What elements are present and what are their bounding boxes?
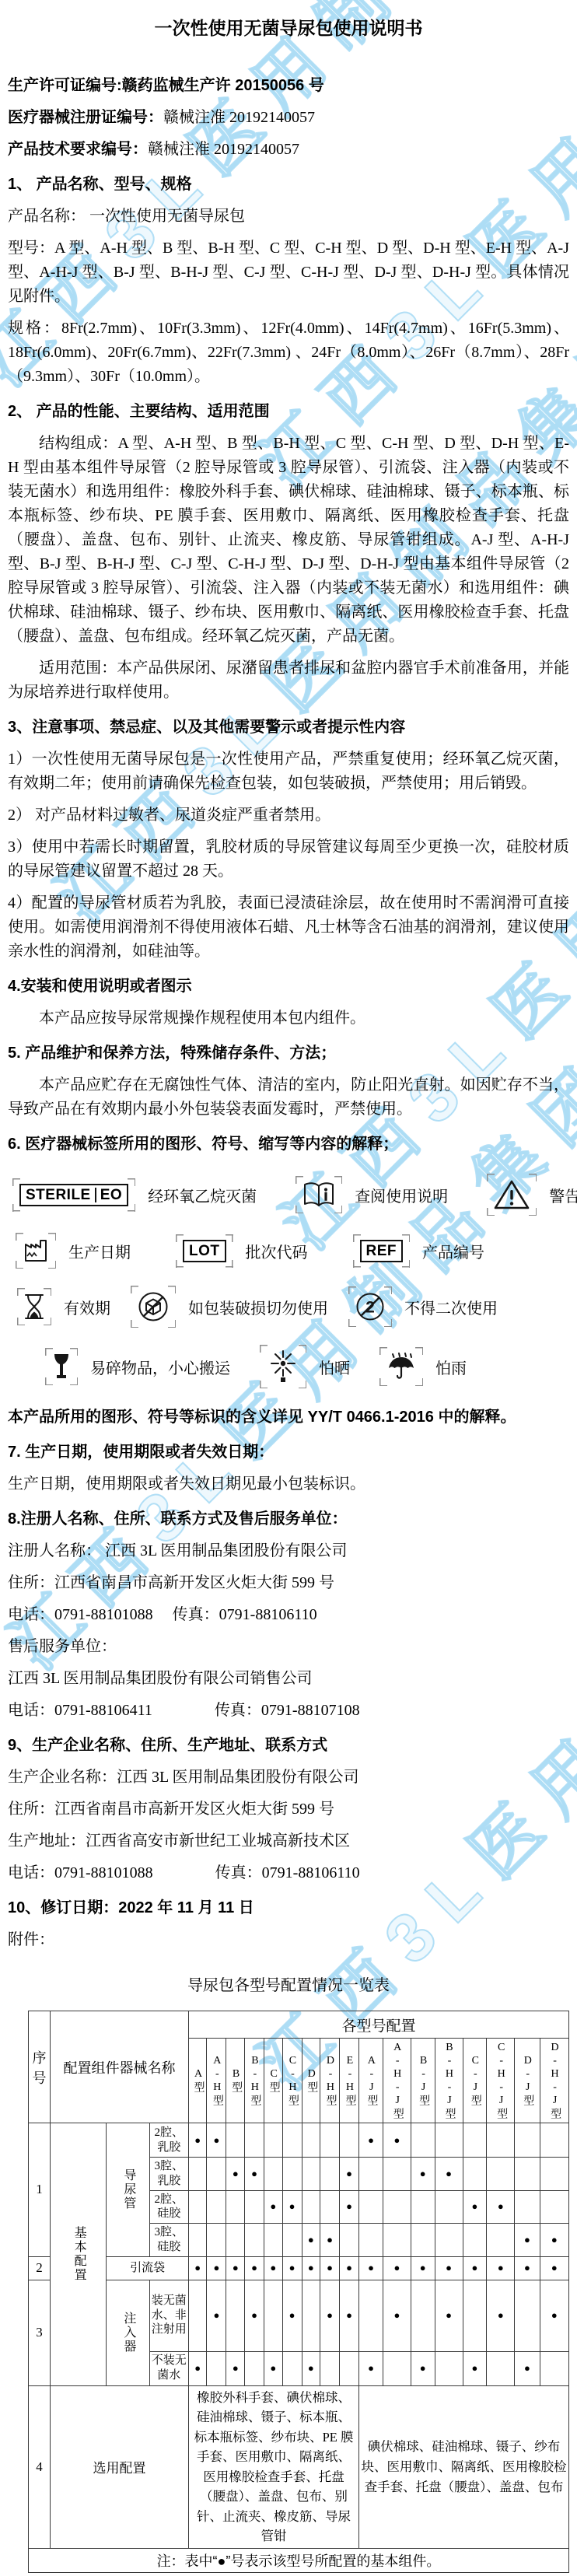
sub-label-cell: 装无菌水、非注射用 bbox=[149, 2280, 188, 2351]
sales-phone-fax: 电话：0791-88106411 传真：0791-88107108 bbox=[8, 1699, 569, 1723]
production-license-no: 生产许可证编号:赣药监械生产许 20150056 号 bbox=[8, 74, 569, 98]
table-body: 1基本配置导尿管2腔、乳胶●●●●3腔、乳胶●●●●●2腔、硅胶●●●●●3腔、… bbox=[29, 2123, 569, 2573]
dot-cell: ● bbox=[340, 2280, 359, 2351]
sterile-eo-icon-glyph: STERILEEO bbox=[19, 1184, 128, 1206]
col-header-model: B-H-J型 bbox=[435, 2039, 463, 2123]
damaged-package-icon bbox=[131, 1286, 176, 1328]
registrant-name: 注册人名称： 江西 3L 医用制品集团股份有限公司 bbox=[8, 1539, 569, 1563]
dot-cell: ● bbox=[540, 2256, 568, 2280]
seq-cell: 1 bbox=[29, 2123, 51, 2257]
dot-cell bbox=[435, 2190, 463, 2224]
dot-cell: ● bbox=[359, 2123, 383, 2158]
config-table: 序号配置组件器械名称各型号配置A型A-H型B型B-H型C型C-H型D型D-H型E… bbox=[28, 2011, 569, 2573]
dot-cell: ● bbox=[264, 2190, 283, 2224]
dot-cell bbox=[264, 2123, 283, 2158]
dot-cell bbox=[487, 2158, 515, 2191]
warning-icon-glyph bbox=[494, 1179, 530, 1210]
dot-cell: ● bbox=[515, 2256, 540, 2280]
note-2: 2） 对产品材料过敏者、尿道炎症严重者禁用。 bbox=[8, 803, 569, 828]
dot-cell: ● bbox=[264, 2256, 283, 2280]
registrant-address: 住所：江西省南昌市高新开发区火炬大街 599 号 bbox=[8, 1571, 569, 1595]
dot-cell bbox=[264, 2158, 283, 2191]
dot-cell bbox=[282, 2224, 302, 2257]
dot-cell: ● bbox=[463, 2351, 487, 2385]
manufacturer-name: 生产企业名称：江西 3L 医用制品集团股份有限公司 bbox=[8, 1766, 569, 1790]
seq-cell: 4 bbox=[29, 2385, 51, 2549]
symbol-label: 如包装破损切勿使用 bbox=[188, 1296, 328, 1318]
symbol-item: 有效期 bbox=[17, 1288, 110, 1325]
col-header-model: A-J型 bbox=[359, 2039, 383, 2123]
document-body-part1: 生产许可证编号:赣药监械生产许 20150056 号医疗器械注册证编号：赣械注准… bbox=[8, 74, 569, 1157]
symbol-label: 怕雨 bbox=[435, 1356, 467, 1378]
dot-cell bbox=[282, 2351, 302, 2385]
symbol-item: 警告 bbox=[487, 1174, 577, 1216]
dot-cell bbox=[340, 2351, 359, 2385]
group-injector: 注入器 bbox=[107, 2280, 149, 2385]
manufacture-date-icon bbox=[16, 1233, 56, 1269]
table-row-optional: 4选用配置橡胶外科手套、碘伏棉球、硅油棉球、镊子、标本瓶、标本瓶标签、纱布块、P… bbox=[29, 2385, 569, 2549]
dot-cell bbox=[302, 2280, 320, 2351]
seq-cell: 2 bbox=[29, 2256, 51, 2280]
dot-cell: ● bbox=[320, 2280, 340, 2351]
registration-cert-no: 医疗器械注册证编号：赣械注准 20192140057 bbox=[8, 106, 569, 130]
col-header-model: D-J型 bbox=[515, 2039, 540, 2123]
dot-cell bbox=[411, 2123, 435, 2158]
dot-cell: ● bbox=[340, 2158, 359, 2191]
dot-cell: ● bbox=[282, 2256, 302, 2280]
after-sales-label: 售后服务单位： bbox=[8, 1635, 569, 1659]
col-header-model: B-J型 bbox=[411, 2039, 435, 2123]
col-header-config-group: 各型号配置 bbox=[188, 2011, 568, 2039]
dot-cell: ● bbox=[435, 2256, 463, 2280]
sterile-eo-icon: STERILEEO bbox=[12, 1178, 135, 1212]
attachment-label: 附件： bbox=[8, 1928, 569, 1952]
dot-cell bbox=[515, 2158, 540, 2191]
dot-cell bbox=[302, 2158, 320, 2191]
ref-icon-glyph: REF bbox=[360, 1240, 404, 1262]
col-header-model: A-H型 bbox=[207, 2039, 226, 2123]
dot-cell bbox=[435, 2123, 463, 2158]
dot-cell bbox=[245, 2224, 264, 2257]
col-header-model: D型 bbox=[302, 2039, 320, 2123]
dot-cell: ● bbox=[207, 2256, 226, 2280]
dot-cell: ● bbox=[435, 2158, 463, 2191]
note-3: 3）使用中若需长时期留置，乳胶材质的导尿管建议每周至少更换一次，硅胶材质的导尿管… bbox=[8, 835, 569, 884]
dot-cell bbox=[463, 2280, 487, 2351]
dot-cell bbox=[226, 2280, 245, 2351]
seq-cell: 3 bbox=[29, 2280, 51, 2385]
sec10-heading: 10、修订日期：2022 年 11 月 11 日 bbox=[8, 1896, 569, 1920]
dot-cell: ● bbox=[245, 2256, 264, 2280]
dot-cell bbox=[207, 2224, 226, 2257]
dot-cell bbox=[359, 2224, 383, 2257]
sub-label-cell: 不装无菌水 bbox=[149, 2351, 188, 2385]
keep-from-sunlight-icon bbox=[260, 1345, 306, 1388]
dot-cell bbox=[264, 2224, 283, 2257]
symbols-grid: STERILEEO经环氧乙烷灭菌查阅使用说明警告生产日期LOT批次代码REF产品… bbox=[8, 1174, 569, 1388]
dot-cell bbox=[359, 2190, 383, 2224]
optional-items-non-j: 橡胶外科手套、碘伏棉球、硅油棉球、镊子、标本瓶、标本瓶标签、纱布块、PE 膜手套… bbox=[188, 2385, 358, 2549]
dot-cell bbox=[463, 2224, 487, 2257]
manufacturer-address: 住所：江西省南昌市高新开发区火炬大街 599 号 bbox=[8, 1797, 569, 1822]
col-header-model: D-H-J型 bbox=[540, 2039, 568, 2123]
dot-cell: ● bbox=[411, 2351, 435, 2385]
dot-cell bbox=[515, 2123, 540, 2158]
dot-cell bbox=[435, 2224, 463, 2257]
dot-cell: ● bbox=[463, 2256, 487, 2280]
symbol-item: 如包装破损切勿使用 bbox=[131, 1286, 328, 1328]
dot-cell bbox=[245, 2351, 264, 2385]
document-body-part2: 本产品所用的图形、符号等标识的含义详见 YY/T 0466.1-2016 中的解… bbox=[8, 1405, 569, 1952]
keep-from-sunlight-icon-glyph bbox=[267, 1350, 299, 1383]
symbol-row-1: STERILEEO经环氧乙烷灭菌查阅使用说明警告 bbox=[8, 1174, 569, 1216]
symbol-label: 产品编号 bbox=[422, 1240, 484, 1262]
symbol-row-2: 生产日期LOT批次代码REF产品编号 bbox=[8, 1233, 569, 1269]
col-header-model: E-H型 bbox=[340, 2039, 359, 2123]
dot-cell: ● bbox=[188, 2351, 207, 2385]
dot-cell: ● bbox=[540, 2224, 568, 2257]
dot-cell bbox=[359, 2280, 383, 2351]
col-header-model: B型 bbox=[226, 2039, 245, 2123]
symbol-item: 怕雨 bbox=[379, 1347, 467, 1386]
dot-cell: ● bbox=[340, 2190, 359, 2224]
dot-cell bbox=[245, 2190, 264, 2224]
instruction-document-page: 江西3L医用制品集团股份有限公司江西3L医用制品集团股份有限公司江西3L医用制品… bbox=[0, 0, 577, 2576]
consult-instructions-icon bbox=[295, 1176, 342, 1213]
dot-cell bbox=[383, 2351, 411, 2385]
dot-cell bbox=[340, 2123, 359, 2158]
table-note-cell: 注：表中“●”号表示该型号所配置的基本组件。 bbox=[29, 2549, 569, 2573]
dot-cell bbox=[435, 2351, 463, 2385]
dot-cell: ● bbox=[207, 2280, 226, 2351]
group-drainage-bag: 引流袋 bbox=[107, 2256, 189, 2280]
page-title: 一次性使用无菌导尿包使用说明书 bbox=[8, 14, 569, 40]
optional-items-j: 碘伏棉球、硅油棉球、镊子、纱布块、医用敷巾、隔离纸、医用橡胶检查手套、托盘（腰盘… bbox=[359, 2385, 569, 2549]
dot-cell bbox=[282, 2158, 302, 2191]
production-address: 生产地址：江西省高安市新世纪工业城高新技术区 bbox=[8, 1829, 569, 1853]
dot-cell: ● bbox=[487, 2280, 515, 2351]
lot-icon: LOT bbox=[176, 1234, 233, 1268]
structure-para: 结构组成：A 型、A-H 型、B 型、B-H 型、C 型、C-H 型、D 型、D… bbox=[8, 432, 569, 649]
group-catheter: 导尿管 bbox=[107, 2123, 149, 2257]
sec1-heading: 1、 产品名称、型号、规格 bbox=[8, 173, 569, 197]
col-header-model: A-H-J型 bbox=[383, 2039, 411, 2123]
note-4: 4）配置的导尿管材质若为乳胶，表面已浸渍硅涂层，故在使用时不需润滑可直接使用。如… bbox=[8, 891, 569, 964]
dot-cell bbox=[302, 2123, 320, 2158]
no-reuse-icon-glyph: 2 bbox=[355, 1292, 385, 1321]
col-header-model: C-J型 bbox=[463, 2039, 487, 2123]
dot-cell: ● bbox=[302, 2256, 320, 2280]
dot-cell: ● bbox=[463, 2190, 487, 2224]
sub-label-cell: 3腔、乳胶 bbox=[149, 2158, 188, 2191]
symbol-label: 查阅使用说明 bbox=[355, 1184, 448, 1206]
dot-cell: ● bbox=[188, 2256, 207, 2280]
symbol-item: 2不得二次使用 bbox=[348, 1286, 498, 1327]
dot-cell bbox=[188, 2224, 207, 2257]
dot-cell bbox=[207, 2158, 226, 2191]
dot-cell bbox=[320, 2123, 340, 2158]
dot-cell bbox=[540, 2190, 568, 2224]
table-caption: 导尿包各型号配置情况一览表 bbox=[8, 1972, 569, 1995]
dot-cell: ● bbox=[226, 2256, 245, 2280]
dot-cell: ● bbox=[320, 2256, 340, 2280]
symbol-label: 有效期 bbox=[64, 1296, 110, 1318]
dot-cell bbox=[188, 2158, 207, 2191]
symbol-item: 怕晒 bbox=[260, 1345, 350, 1388]
dot-cell bbox=[359, 2158, 383, 2191]
no-reuse-icon: 2 bbox=[348, 1286, 392, 1327]
product-name: 产品名称： 一次性使用无菌导尿包 bbox=[8, 205, 569, 229]
dot-cell bbox=[463, 2158, 487, 2191]
col-header-model: C-H型 bbox=[282, 2039, 302, 2123]
registration-cert-no-label: 医疗器械注册证编号： bbox=[8, 109, 163, 126]
dot-cell: ● bbox=[226, 2351, 245, 2385]
tech-requirement-no: 产品技术要求编号：赣械注准 20192140057 bbox=[8, 138, 569, 162]
dot-cell bbox=[226, 2190, 245, 2224]
symbol-label: 怕晒 bbox=[319, 1356, 350, 1378]
table-row-injector-water: 3注入器装无菌水、非注射用●●●●●●●●● bbox=[29, 2280, 569, 2351]
col-header-model: A型 bbox=[188, 2039, 207, 2123]
dot-cell bbox=[411, 2224, 435, 2257]
dot-cell: ● bbox=[340, 2256, 359, 2280]
table-header-row: 序号配置组件器械名称各型号配置 bbox=[29, 2011, 569, 2039]
symbol-label: 不得二次使用 bbox=[404, 1296, 498, 1318]
symbol-row-3: 有效期如包装破损切勿使用2不得二次使用 bbox=[8, 1286, 569, 1328]
dot-cell bbox=[487, 2351, 515, 2385]
dot-cell bbox=[383, 2224, 411, 2257]
table-row-drainage-bag: 2引流袋●●●●●●●●●●●●●●●●● bbox=[29, 2256, 569, 2280]
dot-cell bbox=[383, 2158, 411, 2191]
storage-para: 本产品应贮存在无腐蚀性气体、清洁的室内，防止阳光直射。如因贮存不当，导致产品在有… bbox=[8, 1073, 569, 1122]
document-content: 一次性使用无菌导尿包使用说明书 生产许可证编号:赣药监械生产许 20150056… bbox=[8, 14, 569, 2573]
expiry-date-icon-glyph bbox=[24, 1293, 44, 1320]
col-header-model: B-H型 bbox=[245, 2039, 264, 2123]
expiry-date-icon bbox=[17, 1288, 51, 1325]
sub-label-cell: 2腔、硅胶 bbox=[149, 2190, 188, 2224]
warning-icon bbox=[487, 1174, 537, 1216]
dot-cell bbox=[411, 2280, 435, 2351]
symbol-item: 查阅使用说明 bbox=[295, 1176, 448, 1213]
dot-cell: ● bbox=[207, 2123, 226, 2158]
dot-cell bbox=[340, 2224, 359, 2257]
dot-cell bbox=[320, 2190, 340, 2224]
sec2-heading: 2、 产品的性能、主要结构、适用范围 bbox=[8, 400, 569, 424]
ref-icon: REF bbox=[353, 1234, 411, 1268]
dot-cell bbox=[302, 2190, 320, 2224]
damaged-package-icon-glyph bbox=[138, 1291, 169, 1322]
dot-cell: ● bbox=[226, 2158, 245, 2191]
col-header-model: C型 bbox=[264, 2039, 283, 2123]
dot-cell: ● bbox=[515, 2351, 540, 2385]
symbol-row-4: 易碎物品，小心搬运怕晒怕雨 bbox=[8, 1345, 569, 1388]
col-header-model: C-H-J型 bbox=[487, 2039, 515, 2123]
tech-requirement-no-value: 赣械注准 20192140057 bbox=[148, 141, 299, 158]
dot-cell bbox=[264, 2280, 283, 2351]
symbol-label: 警告 bbox=[549, 1184, 577, 1206]
sec3-heading: 3、注意事项、禁忌症、以及其他需要警示或者提示性内容 bbox=[8, 716, 569, 740]
symbol-label: 批次代码 bbox=[246, 1240, 308, 1262]
sec4-heading: 4.安装和使用说明或者图示 bbox=[8, 975, 569, 999]
symbol-label: 经环氧乙烷灭菌 bbox=[148, 1184, 257, 1206]
dot-cell: ● bbox=[245, 2280, 264, 2351]
dot-cell: ● bbox=[245, 2158, 264, 2191]
table-note-row: 注：表中“●”号表示该型号所配置的基本组件。 bbox=[29, 2549, 569, 2573]
scope-para: 适用范围：本产品供尿闭、尿潴留患者排尿和盆腔内器官手术前准备用，并能为尿培养进行… bbox=[8, 656, 569, 705]
note-1: 1）一次性使用无菌导尿包是一次性使用产品，严禁重复使用；经环氧乙烷灭菌，有效期二… bbox=[8, 747, 569, 796]
symbol-item: 易碎物品，小心搬运 bbox=[45, 1348, 230, 1385]
symbol-item: REF产品编号 bbox=[353, 1234, 485, 1268]
dot-cell: ● bbox=[188, 2123, 207, 2158]
manufacturer-phone-fax: 电话：0791-88101088 传真：0791-88106110 bbox=[8, 1861, 569, 1885]
dot-cell: ● bbox=[487, 2256, 515, 2280]
dot-cell: ● bbox=[302, 2224, 320, 2257]
dot-cell bbox=[320, 2351, 340, 2385]
sub-label-cell: 2腔、乳胶 bbox=[149, 2123, 188, 2158]
sec5-heading: 5. 产品维护和保养方法，特殊储存条件、方法； bbox=[8, 1041, 569, 1066]
dot-cell bbox=[207, 2190, 226, 2224]
models-line: 型号：A 型、A-H 型、B 型、B-H 型、C 型、C-H 型、D 型、D-H… bbox=[8, 236, 569, 309]
fragile-icon-glyph bbox=[52, 1353, 71, 1380]
sec6-heading: 6. 医疗器械标签所用的图形、符号、缩写等内容的解释； bbox=[8, 1132, 569, 1157]
keep-dry-icon bbox=[379, 1347, 423, 1386]
dot-cell bbox=[188, 2280, 207, 2351]
col-header-component: 配置组件器械名称 bbox=[51, 2011, 189, 2123]
consult-instructions-icon-glyph bbox=[302, 1181, 335, 1208]
dot-cell bbox=[188, 2190, 207, 2224]
table-head: 序号配置组件器械名称各型号配置A型A-H型B型B-H型C型C-H型D型D-H型E… bbox=[29, 2011, 569, 2123]
registration-cert-no-value: 赣械注准 20192140057 bbox=[163, 109, 315, 126]
dot-cell bbox=[282, 2123, 302, 2158]
symbol-label: 生产日期 bbox=[68, 1240, 131, 1262]
dot-cell bbox=[487, 2123, 515, 2158]
symbol-label: 易碎物品，小心搬运 bbox=[90, 1356, 230, 1378]
dot-cell bbox=[540, 2351, 568, 2385]
specs-line: 规格：8Fr(2.7mm)、10Fr(3.3mm)、12Fr(4.0mm)、14… bbox=[8, 317, 569, 389]
sec9-heading: 9、生产企业名称、住所、生产地址、联系方式 bbox=[8, 1734, 569, 1758]
dot-cell: ● bbox=[264, 2351, 283, 2385]
usage-para: 本产品应按导尿常规操作规程使用本包内组件。 bbox=[8, 1006, 569, 1031]
dot-cell: ● bbox=[540, 2280, 568, 2351]
dot-cell bbox=[463, 2123, 487, 2158]
dot-cell bbox=[411, 2190, 435, 2224]
dot-cell: ● bbox=[515, 2224, 540, 2257]
dot-cell bbox=[515, 2280, 540, 2351]
symbol-item: 生产日期 bbox=[16, 1233, 131, 1269]
dot-cell bbox=[540, 2158, 568, 2191]
dot-cell: ● bbox=[487, 2190, 515, 2224]
dot-cell: ● bbox=[320, 2224, 340, 2257]
dot-cell bbox=[245, 2123, 264, 2158]
sec8-heading: 8.注册人名称、住所、联系方式及售后服务单位： bbox=[8, 1507, 569, 1531]
dot-cell: ● bbox=[302, 2351, 320, 2385]
table-row-catheter-2l-latex: 1基本配置导尿管2腔、乳胶●●●● bbox=[29, 2123, 569, 2158]
lot-icon-glyph: LOT bbox=[183, 1240, 226, 1262]
sub-label-cell: 3腔、硅胶 bbox=[149, 2224, 188, 2257]
dot-cell: ● bbox=[383, 2256, 411, 2280]
dot-cell bbox=[226, 2123, 245, 2158]
date-note: 生产日期，使用期限或者失效日期见最小包装标识。 bbox=[8, 1472, 569, 1496]
col-header-seq: 序号 bbox=[29, 2011, 51, 2123]
optional-label-cell: 选用配置 bbox=[51, 2385, 189, 2549]
sales-company: 江西 3L 医用制品集团股份有限公司销售公司 bbox=[8, 1667, 569, 1691]
dot-cell bbox=[540, 2123, 568, 2158]
dot-cell bbox=[226, 2224, 245, 2257]
dot-cell bbox=[383, 2190, 411, 2224]
sec7-heading: 7. 生产日期，使用期限或者失效日期： bbox=[8, 1440, 569, 1465]
registrant-phone-fax: 电话：0791-88101088 传真：0791-88106110 bbox=[8, 1603, 569, 1627]
dot-cell bbox=[207, 2351, 226, 2385]
dot-cell: ● bbox=[359, 2256, 383, 2280]
dot-cell: ● bbox=[359, 2351, 383, 2385]
tech-requirement-no-label: 产品技术要求编号： bbox=[8, 141, 148, 158]
group-basic-config: 基本配置 bbox=[51, 2123, 107, 2386]
dot-cell: ● bbox=[383, 2123, 411, 2158]
keep-dry-icon-glyph bbox=[386, 1353, 416, 1381]
dot-cell bbox=[515, 2190, 540, 2224]
col-header-model: D-H型 bbox=[320, 2039, 340, 2123]
manufacture-date-icon-glyph bbox=[23, 1238, 49, 1263]
symbol-item: LOT批次代码 bbox=[176, 1234, 308, 1268]
dot-cell: ● bbox=[411, 2158, 435, 2191]
dot-cell bbox=[487, 2224, 515, 2257]
dot-cell: ● bbox=[282, 2280, 302, 2351]
dot-cell: ● bbox=[435, 2280, 463, 2351]
fragile-icon bbox=[45, 1348, 78, 1385]
symbol-item: STERILEEO经环氧乙烷灭菌 bbox=[12, 1178, 257, 1212]
dot-cell bbox=[320, 2158, 340, 2191]
dot-cell: ● bbox=[411, 2256, 435, 2280]
symbols-standard-note: 本产品所用的图形、符号等标识的含义详见 YY/T 0466.1-2016 中的解… bbox=[8, 1405, 569, 1430]
dot-cell: ● bbox=[383, 2280, 411, 2351]
dot-cell: ● bbox=[282, 2190, 302, 2224]
